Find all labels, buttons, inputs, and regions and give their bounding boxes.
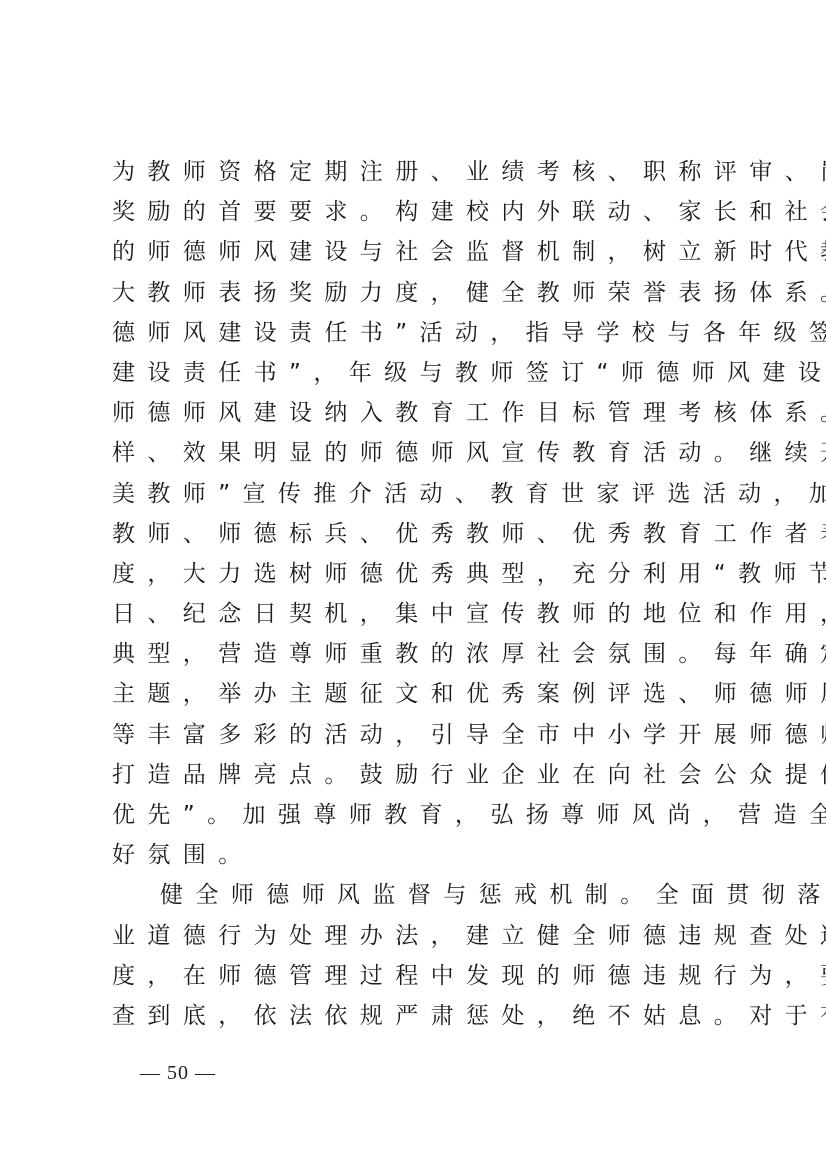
text-line: 的师德师风建设与社会监督机制，树立新时代教师新形象。加 <box>112 232 732 272</box>
text-line: 大教师表扬奖励力度，健全教师荣誉表扬体系。大力开展“师 <box>112 273 732 313</box>
paragraph-2: 健全师德师风监督与惩戒机制。全面贯彻落实教师违反职 业道德行为处理办法，建立健全… <box>112 875 732 1036</box>
text-line: 查到底，依法依规严肃惩处，绝不姑息。对于有虐待、猥亵、 <box>112 996 732 1036</box>
text-line: 业道德行为处理办法，建立健全师德违规查处通报和报告制 <box>112 916 732 956</box>
text-line: 建设责任书”，年级与教师签订“师德师风建设承诺书”，并把 <box>112 353 732 393</box>
text-line: 教师、师德标兵、优秀教师、优秀教育工作者表扬和宣传力 <box>112 514 732 554</box>
document-page: 为教师资格定期注册、业绩考核、职称评审、岗位聘用、评优 奖励的首要要求。构建校内… <box>0 0 826 1169</box>
text-line: 好氛围。 <box>112 835 732 875</box>
text-line: 典型，营造尊师重教的浓厚社会氛围。每年确定一个师德教育 <box>112 634 732 674</box>
text-line: 师德师风建设纳入教育工作目标管理考核体系。开展形式多 <box>112 393 732 433</box>
page-number: — 50 — <box>140 1062 216 1085</box>
text-line: 度，大力选树师德优秀典型，充分利用“教师节”等重大节庆 <box>112 554 732 594</box>
text-line: 打造品牌亮点。鼓励行业企业在向社会公众提供服务时“教师 <box>112 755 732 795</box>
text-line: 奖励的首要要求。构建校内外联动、家长和社会各界有效参与 <box>112 192 732 232</box>
text-line: 主题，举办主题征文和优秀案例评选、师德师风诗歌朗诵比赛 <box>112 674 732 714</box>
text-line: 日、纪念日契机，集中宣传教师的地位和作用，树立优秀教师 <box>112 594 732 634</box>
body-text: 为教师资格定期注册、业绩考核、职称评审、岗位聘用、评优 奖励的首要要求。构建校内… <box>112 152 732 1036</box>
text-line: 度，在师德管理过程中发现的师德违规行为，要态度坚决，一 <box>112 956 732 996</box>
text-line: 等丰富多彩的活动，引导全市中小学开展师德师风创建活动， <box>112 715 732 755</box>
paragraph-1: 为教师资格定期注册、业绩考核、职称评审、岗位聘用、评优 奖励的首要要求。构建校内… <box>112 152 732 875</box>
text-line: 优先”。加强尊师教育，弘扬尊师风尚，营造全社会尊师重教良 <box>112 795 732 835</box>
text-line: 健全师德师风监督与惩戒机制。全面贯彻落实教师违反职 <box>112 875 732 915</box>
text-line: 德师风建设责任书”活动，指导学校与各年级签订“师德师风 <box>112 313 732 353</box>
text-line: 为教师资格定期注册、业绩考核、职称评审、岗位聘用、评优 <box>112 152 732 192</box>
text-line: 样、效果明显的师德师风宣传教育活动。继续开展“河南省最 <box>112 433 732 473</box>
text-line: 美教师”宣传推介活动、教育世家评选活动，加大开封市最美 <box>112 474 732 514</box>
